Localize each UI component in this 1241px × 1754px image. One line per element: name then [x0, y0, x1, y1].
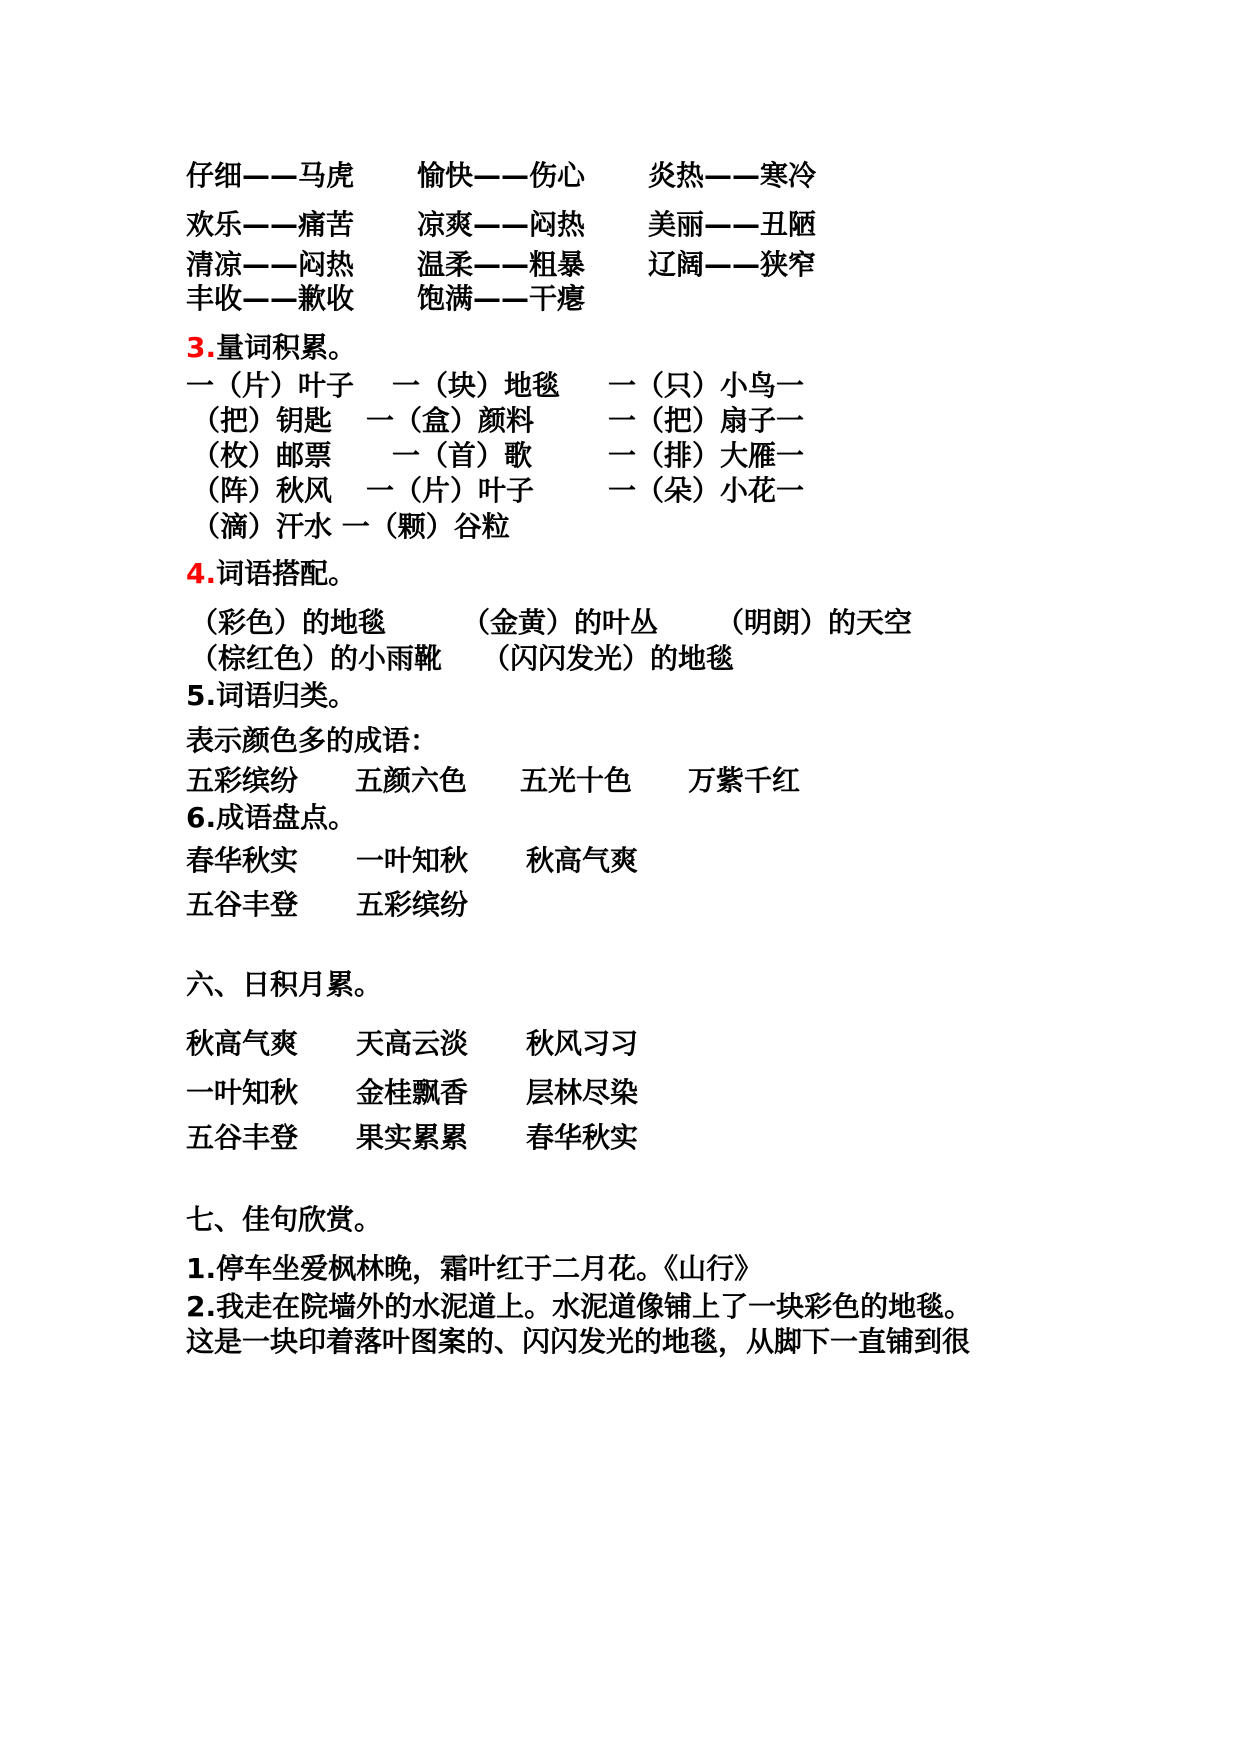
matching-item: （明朗）的天空	[716, 605, 912, 641]
section-heading: 4.词语搭配。	[186, 556, 356, 592]
antonym-pair: 仔细——马虎	[186, 158, 354, 194]
idiom: 五谷丰登	[186, 887, 298, 923]
idiom: 层林尽染	[526, 1075, 638, 1111]
matching-item: （金黄）的叶丛	[462, 605, 658, 641]
quantifier-item: 一（朵）小花一	[608, 473, 804, 509]
idiom: 万紫千红	[688, 763, 800, 799]
idiom: 春华秋实	[526, 1120, 638, 1156]
idiom: 秋高气爽	[186, 1026, 298, 1062]
quantifier-item: （滴）汗水 一（颗）谷粒	[192, 509, 510, 545]
category-label: 表示颜色多的成语：	[186, 723, 438, 759]
antonym-pair: 欢乐——痛苦	[186, 207, 354, 243]
quantifier-item: 一（只）小鸟一	[608, 368, 804, 404]
idiom: 秋高气爽	[526, 843, 638, 879]
idiom: 五谷丰登	[186, 1120, 298, 1156]
quantifier-item: 一（排）大雁一	[608, 438, 804, 474]
idiom: 一叶知秋	[186, 1075, 298, 1111]
idiom: 果实累累	[356, 1120, 468, 1156]
section-number: 4.	[186, 557, 216, 590]
quantifier-item: 一（片）叶子	[366, 473, 534, 509]
part-title: 七、佳句欣赏。	[186, 1202, 382, 1238]
idiom: 秋风习习	[526, 1026, 638, 1062]
idiom: 五彩缤纷	[186, 763, 298, 799]
section-title: 6.成语盘点。	[186, 800, 356, 836]
quantifier-item: 一（片）叶子	[186, 368, 354, 404]
antonym-pair: 炎热——寒冷	[648, 158, 816, 194]
part-title: 六、日积月累。	[186, 967, 382, 1003]
antonym-pair: 丰收——歉收	[186, 281, 354, 317]
quantifier-item: 一（首）歌	[392, 438, 532, 474]
antonym-pair: 饱满——干瘪	[417, 281, 585, 317]
quantifier-item: 一（块）地毯	[392, 368, 560, 404]
quantifier-item: （阵）秋风	[192, 473, 332, 509]
idiom: 五光十色	[520, 763, 632, 799]
antonym-pair: 温柔——粗暴	[417, 247, 585, 283]
idiom: 春华秋实	[186, 843, 298, 879]
quantifier-item: 一（盒）颜料	[366, 403, 534, 439]
matching-item: （闪闪发光）的地毯	[482, 641, 734, 677]
idiom: 五颜六色	[355, 763, 467, 799]
sentence: 1.停车坐爱枫林晚，霜叶红于二月花。《山行》	[186, 1251, 762, 1287]
section-title: 5.词语归类。	[186, 678, 356, 714]
quantifier-item: （枚）邮票	[192, 438, 332, 474]
idiom: 一叶知秋	[356, 843, 468, 879]
sentence: 这是一块印着落叶图案的、闪闪发光的地毯，从脚下一直铺到很	[186, 1324, 970, 1360]
antonym-pair: 凉爽——闷热	[417, 207, 585, 243]
quantifier-item: 一（把）扇子一	[608, 403, 804, 439]
antonym-pair: 清凉——闷热	[186, 247, 354, 283]
antonym-pair: 愉快——伤心	[417, 158, 585, 194]
quantifier-item: （把）钥匙	[192, 403, 332, 439]
section-title: 词语搭配。	[216, 557, 356, 590]
antonym-pair: 美丽——丑陋	[648, 207, 816, 243]
idiom: 金桂飘香	[356, 1075, 468, 1111]
antonym-pair: 辽阔——狭窄	[648, 247, 816, 283]
idiom: 五彩缤纷	[356, 887, 468, 923]
sentence: 2.我走在院墙外的水泥道上。水泥道像铺上了一块彩色的地毯。	[186, 1289, 972, 1325]
idiom: 天高云淡	[356, 1026, 468, 1062]
section-number: 3.	[186, 331, 216, 364]
matching-item: （彩色）的地毯	[190, 605, 386, 641]
section-heading: 3.量词积累。	[186, 330, 356, 366]
matching-item: （棕红色）的小雨靴	[190, 641, 442, 677]
section-title: 量词积累。	[216, 331, 356, 364]
